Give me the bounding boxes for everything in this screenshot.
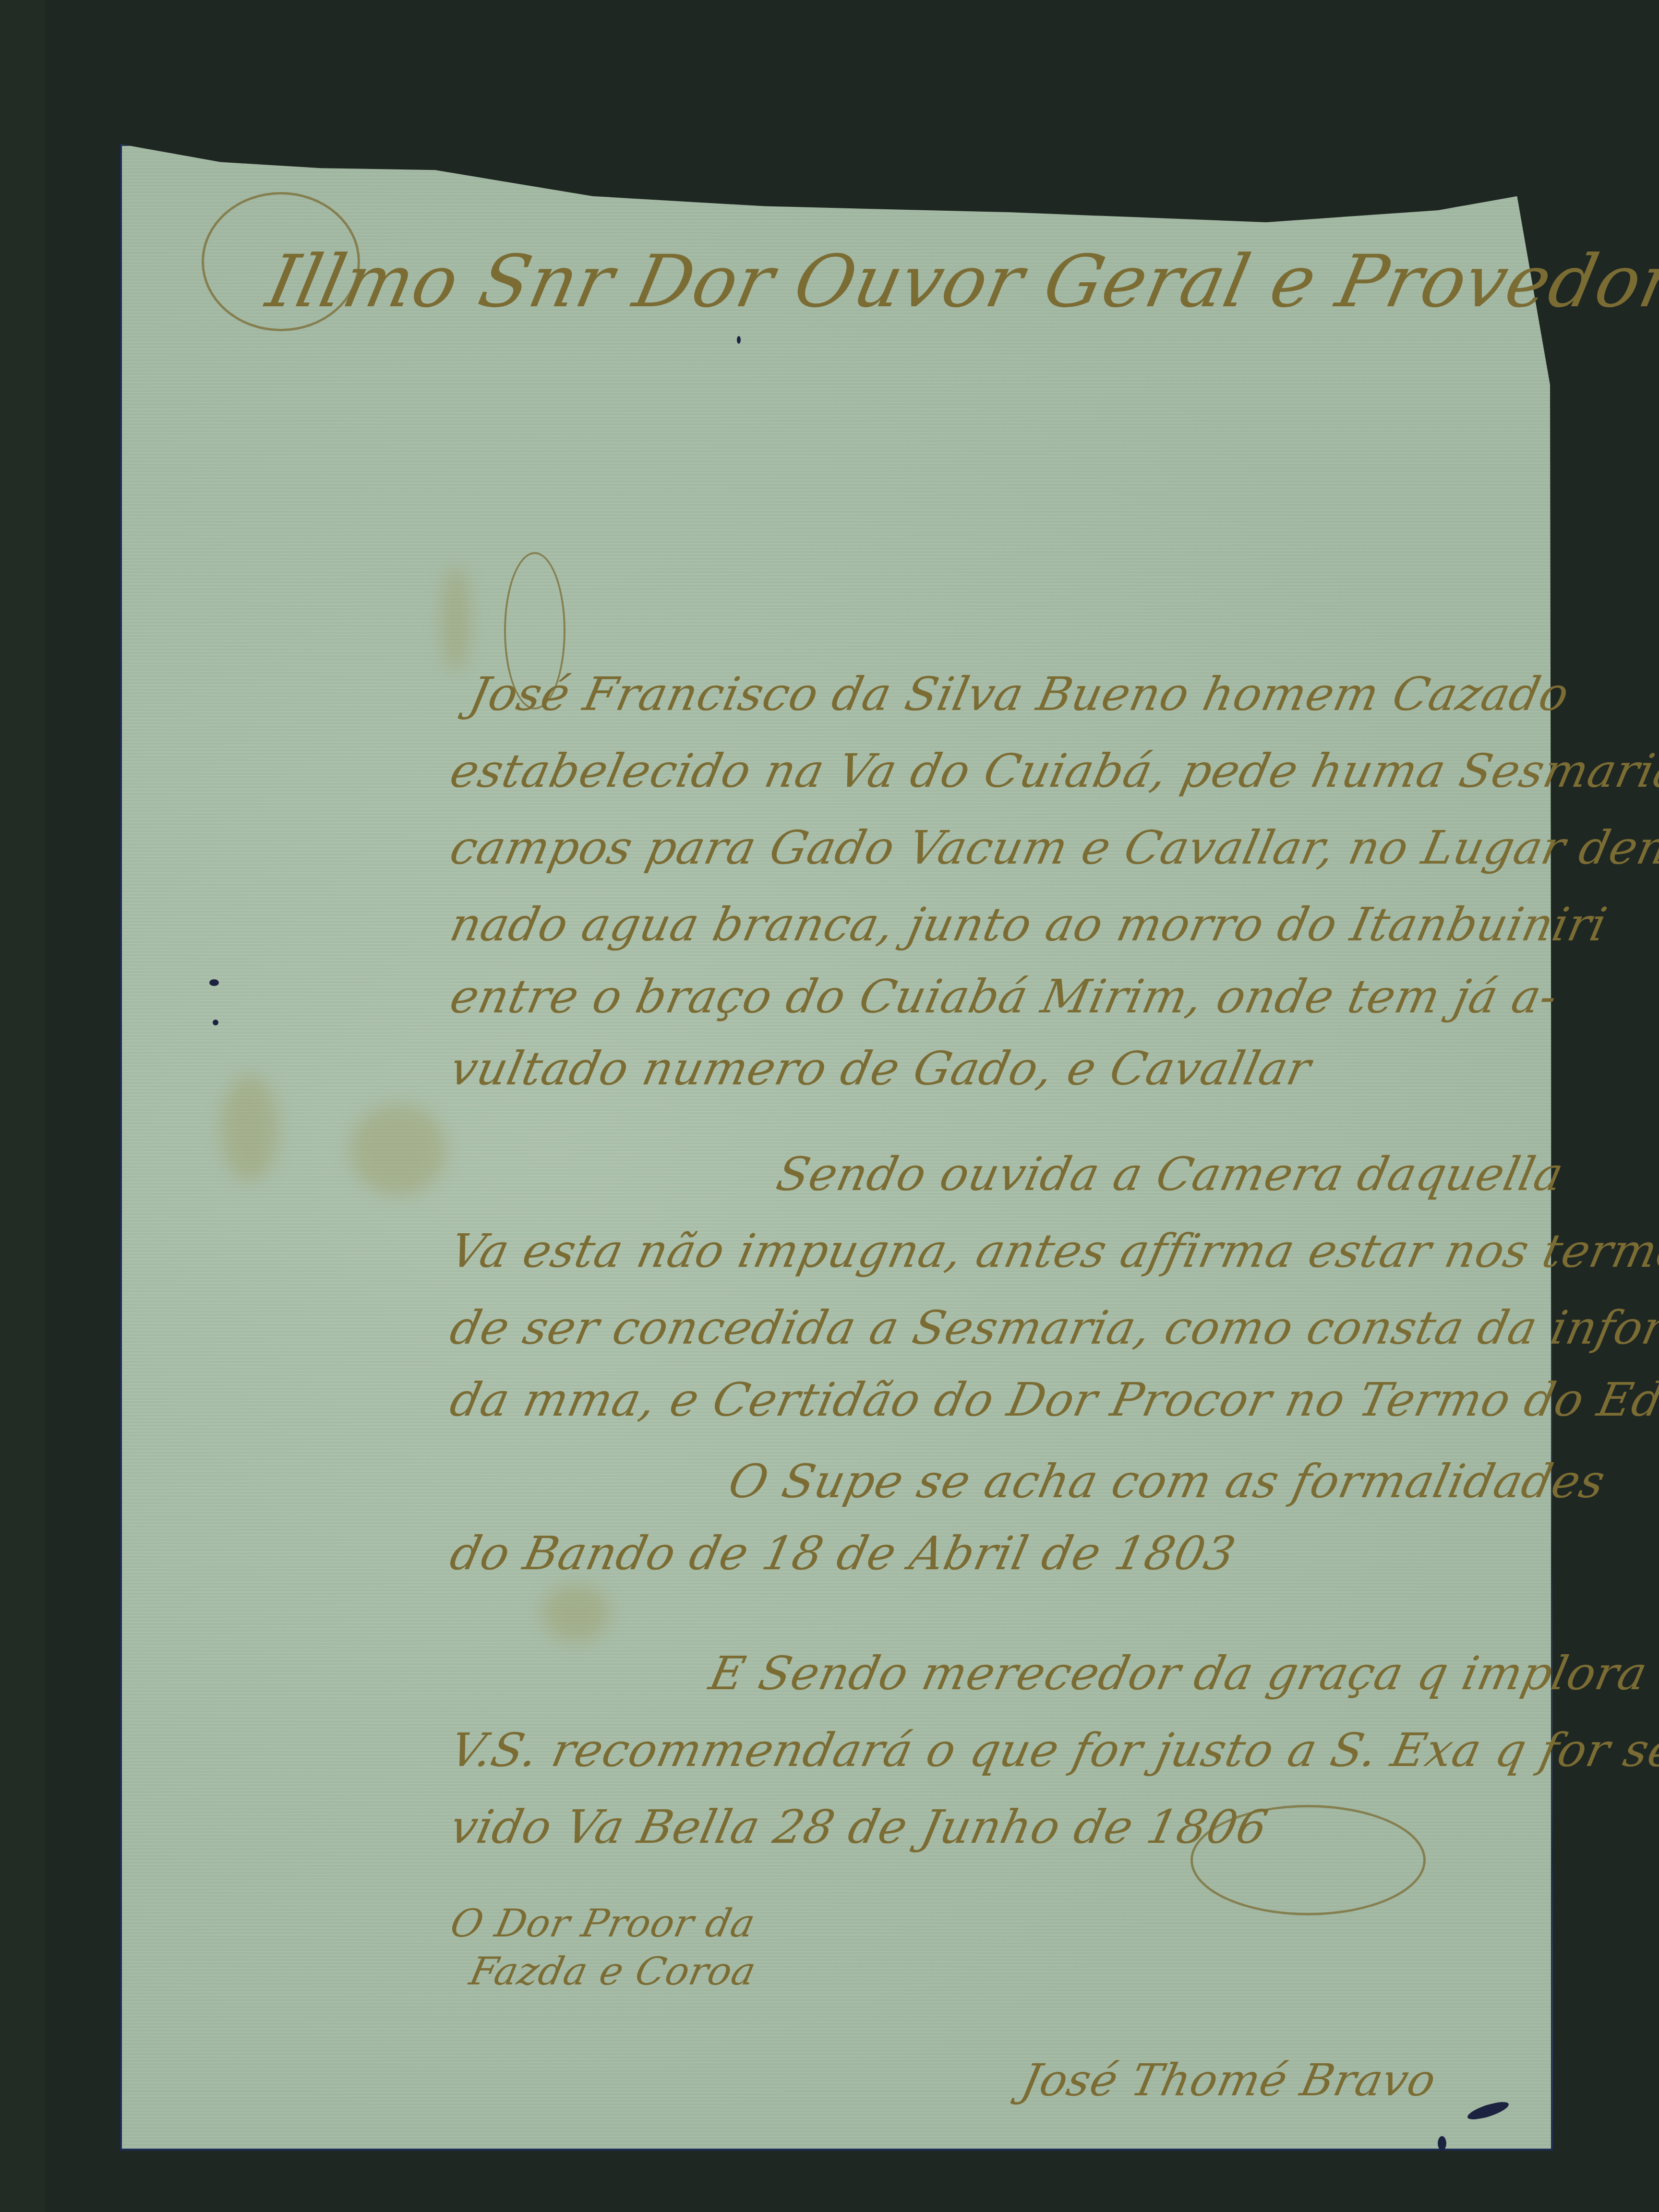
body-line: Sendo ouvida a Camera daquella bbox=[772, 1147, 1568, 1201]
body-line: vultado numero de Gado, e Cavallar bbox=[445, 1042, 1316, 1095]
initial-flourish bbox=[202, 192, 360, 331]
water-stain bbox=[542, 1584, 610, 1642]
signature: José Thomé Bravo bbox=[1017, 2055, 1441, 2106]
body-line: nado agua branca, junto ao morro do Itan… bbox=[445, 898, 1612, 951]
body-line: estabelecido na Va do Cuiabá, pede huma … bbox=[445, 744, 1659, 798]
water-stain bbox=[221, 1075, 278, 1181]
ink-blot bbox=[213, 1020, 218, 1025]
margin-note-line: Fazda e Coroa bbox=[466, 1949, 760, 1994]
body-line: da mma, e Certidão do Dor Procor no Term… bbox=[445, 1373, 1659, 1427]
margin-note-line: O Dor Proor da bbox=[446, 1901, 759, 1946]
body-line: do Bando de 18 de Abril de 1803 bbox=[445, 1527, 1240, 1580]
body-line: entre o braço do Cuiabá Mirim, onde tem … bbox=[445, 970, 1563, 1023]
body-line: E Sendo merecedor da graça q implora bbox=[705, 1647, 1652, 1700]
body-line: Va esta não impugna, antes affirma estar… bbox=[445, 1224, 1659, 1278]
ink-blot bbox=[209, 979, 219, 986]
body-line: O Supe se acha com as formalidades bbox=[724, 1455, 1610, 1508]
scanner-background-strip bbox=[0, 0, 46, 2212]
ink-blot bbox=[737, 336, 741, 344]
body-line: V.S. recommendará o que for justo a S. E… bbox=[445, 1723, 1659, 1777]
ink-blot bbox=[1438, 2136, 1446, 2151]
body-line: campos para Gado Vacum e Cavallar, no Lu… bbox=[445, 821, 1659, 875]
body-line: de ser concedida a Sesmaria, como consta… bbox=[445, 1301, 1659, 1355]
salutation-line: Illmo Snr Dor Ouvor Geral e Provedor da … bbox=[260, 240, 1659, 324]
water-stain bbox=[442, 566, 470, 672]
body-line: José Francisco da Silva Bueno homem Caza… bbox=[465, 667, 1574, 721]
body-line: vido Va Bella 28 de Junho de 1806 bbox=[445, 1800, 1273, 1854]
water-stain bbox=[350, 1104, 446, 1195]
